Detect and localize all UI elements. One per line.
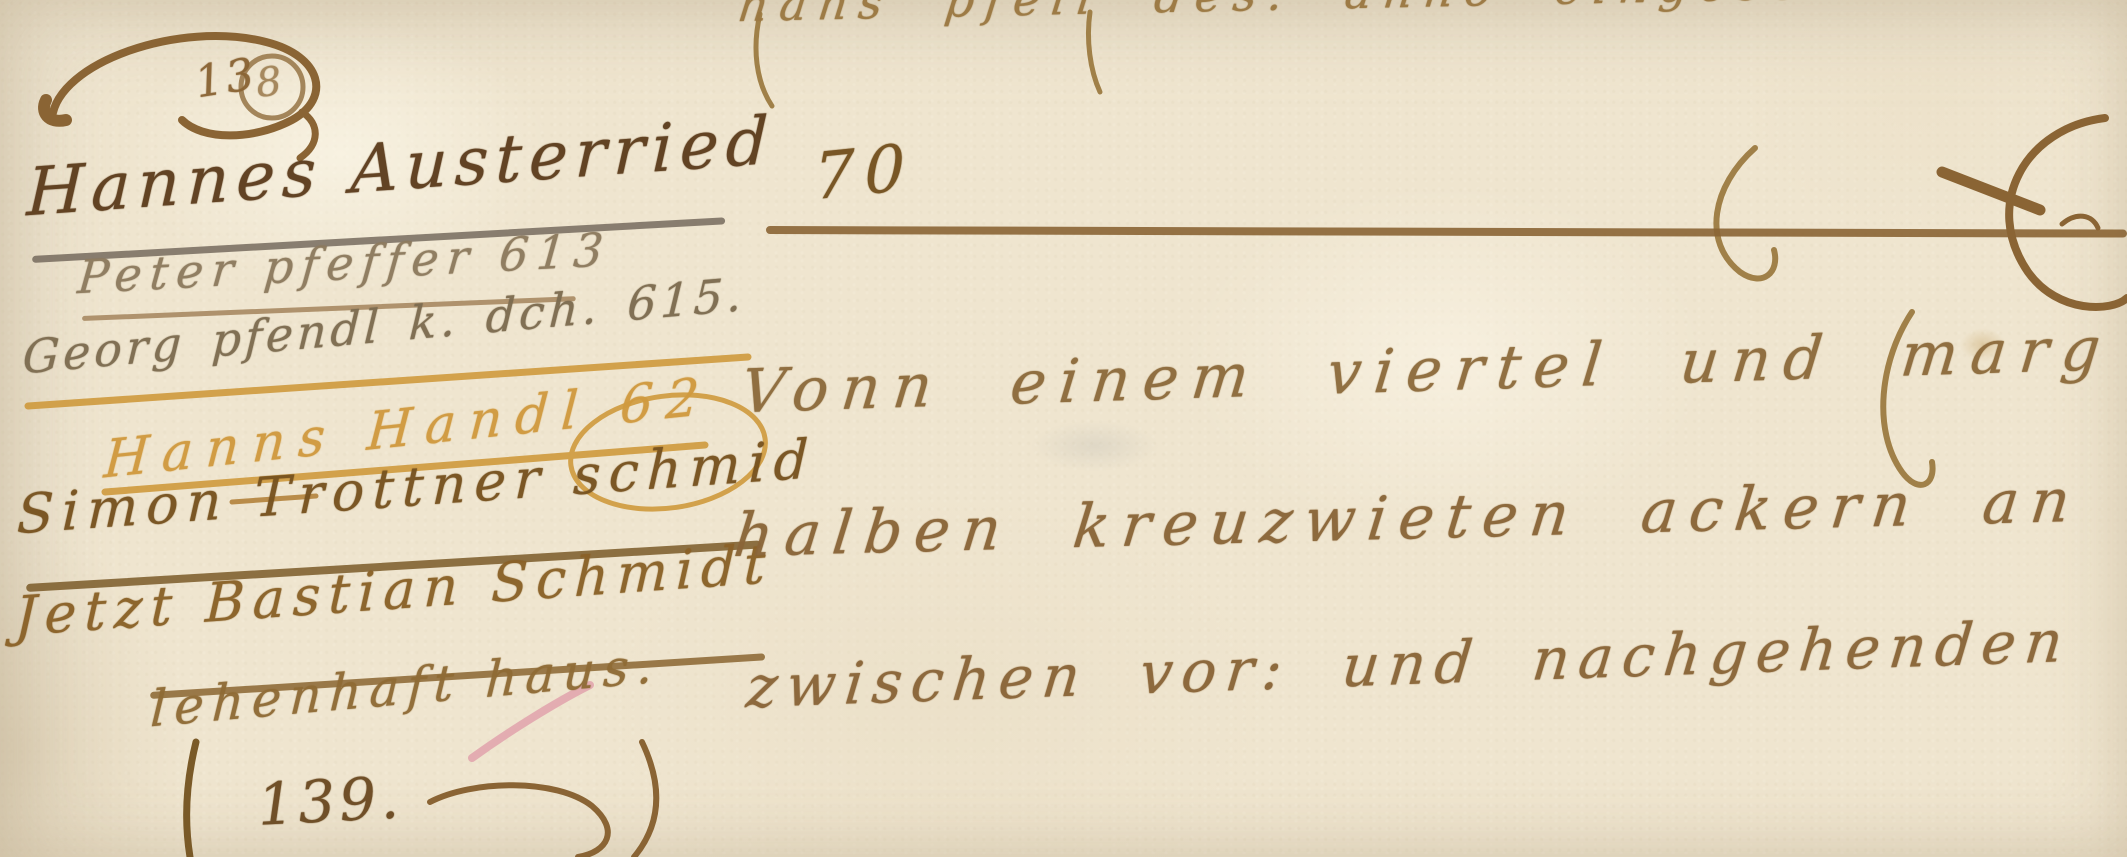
entry-name-bastian-schmidt: Jetzt Bastian Schmidt [14,537,774,644]
body-line-2: halben kreuzwieten ackern an W [731,467,2127,566]
cropped-top-line: hans pfell des. anno eingeschrieben [736,0,2069,28]
body-line-3: zwischen vor: und nachgehenden [744,612,2075,716]
folio-number-top-circled: 8 [254,61,283,103]
entry-name-austerried: Hannes Austerried [26,108,776,227]
folio-number-bottom: 139. [256,768,404,834]
folio-number-top-digits: 13 [192,52,260,105]
entry-lehenhaft-haus: lehenhaft haus. [149,639,662,734]
horizontal-rule [766,226,2127,238]
body-line-1: Vonn einem viertel und marg [738,319,2116,422]
right-edge-flourish [1942,118,2127,307]
amount-value: 70 [814,135,915,210]
gray-smudge [1030,420,1160,472]
manuscript-page: 13 8 Hannes Austerried Peter pfeffer 613… [0,0,2127,857]
